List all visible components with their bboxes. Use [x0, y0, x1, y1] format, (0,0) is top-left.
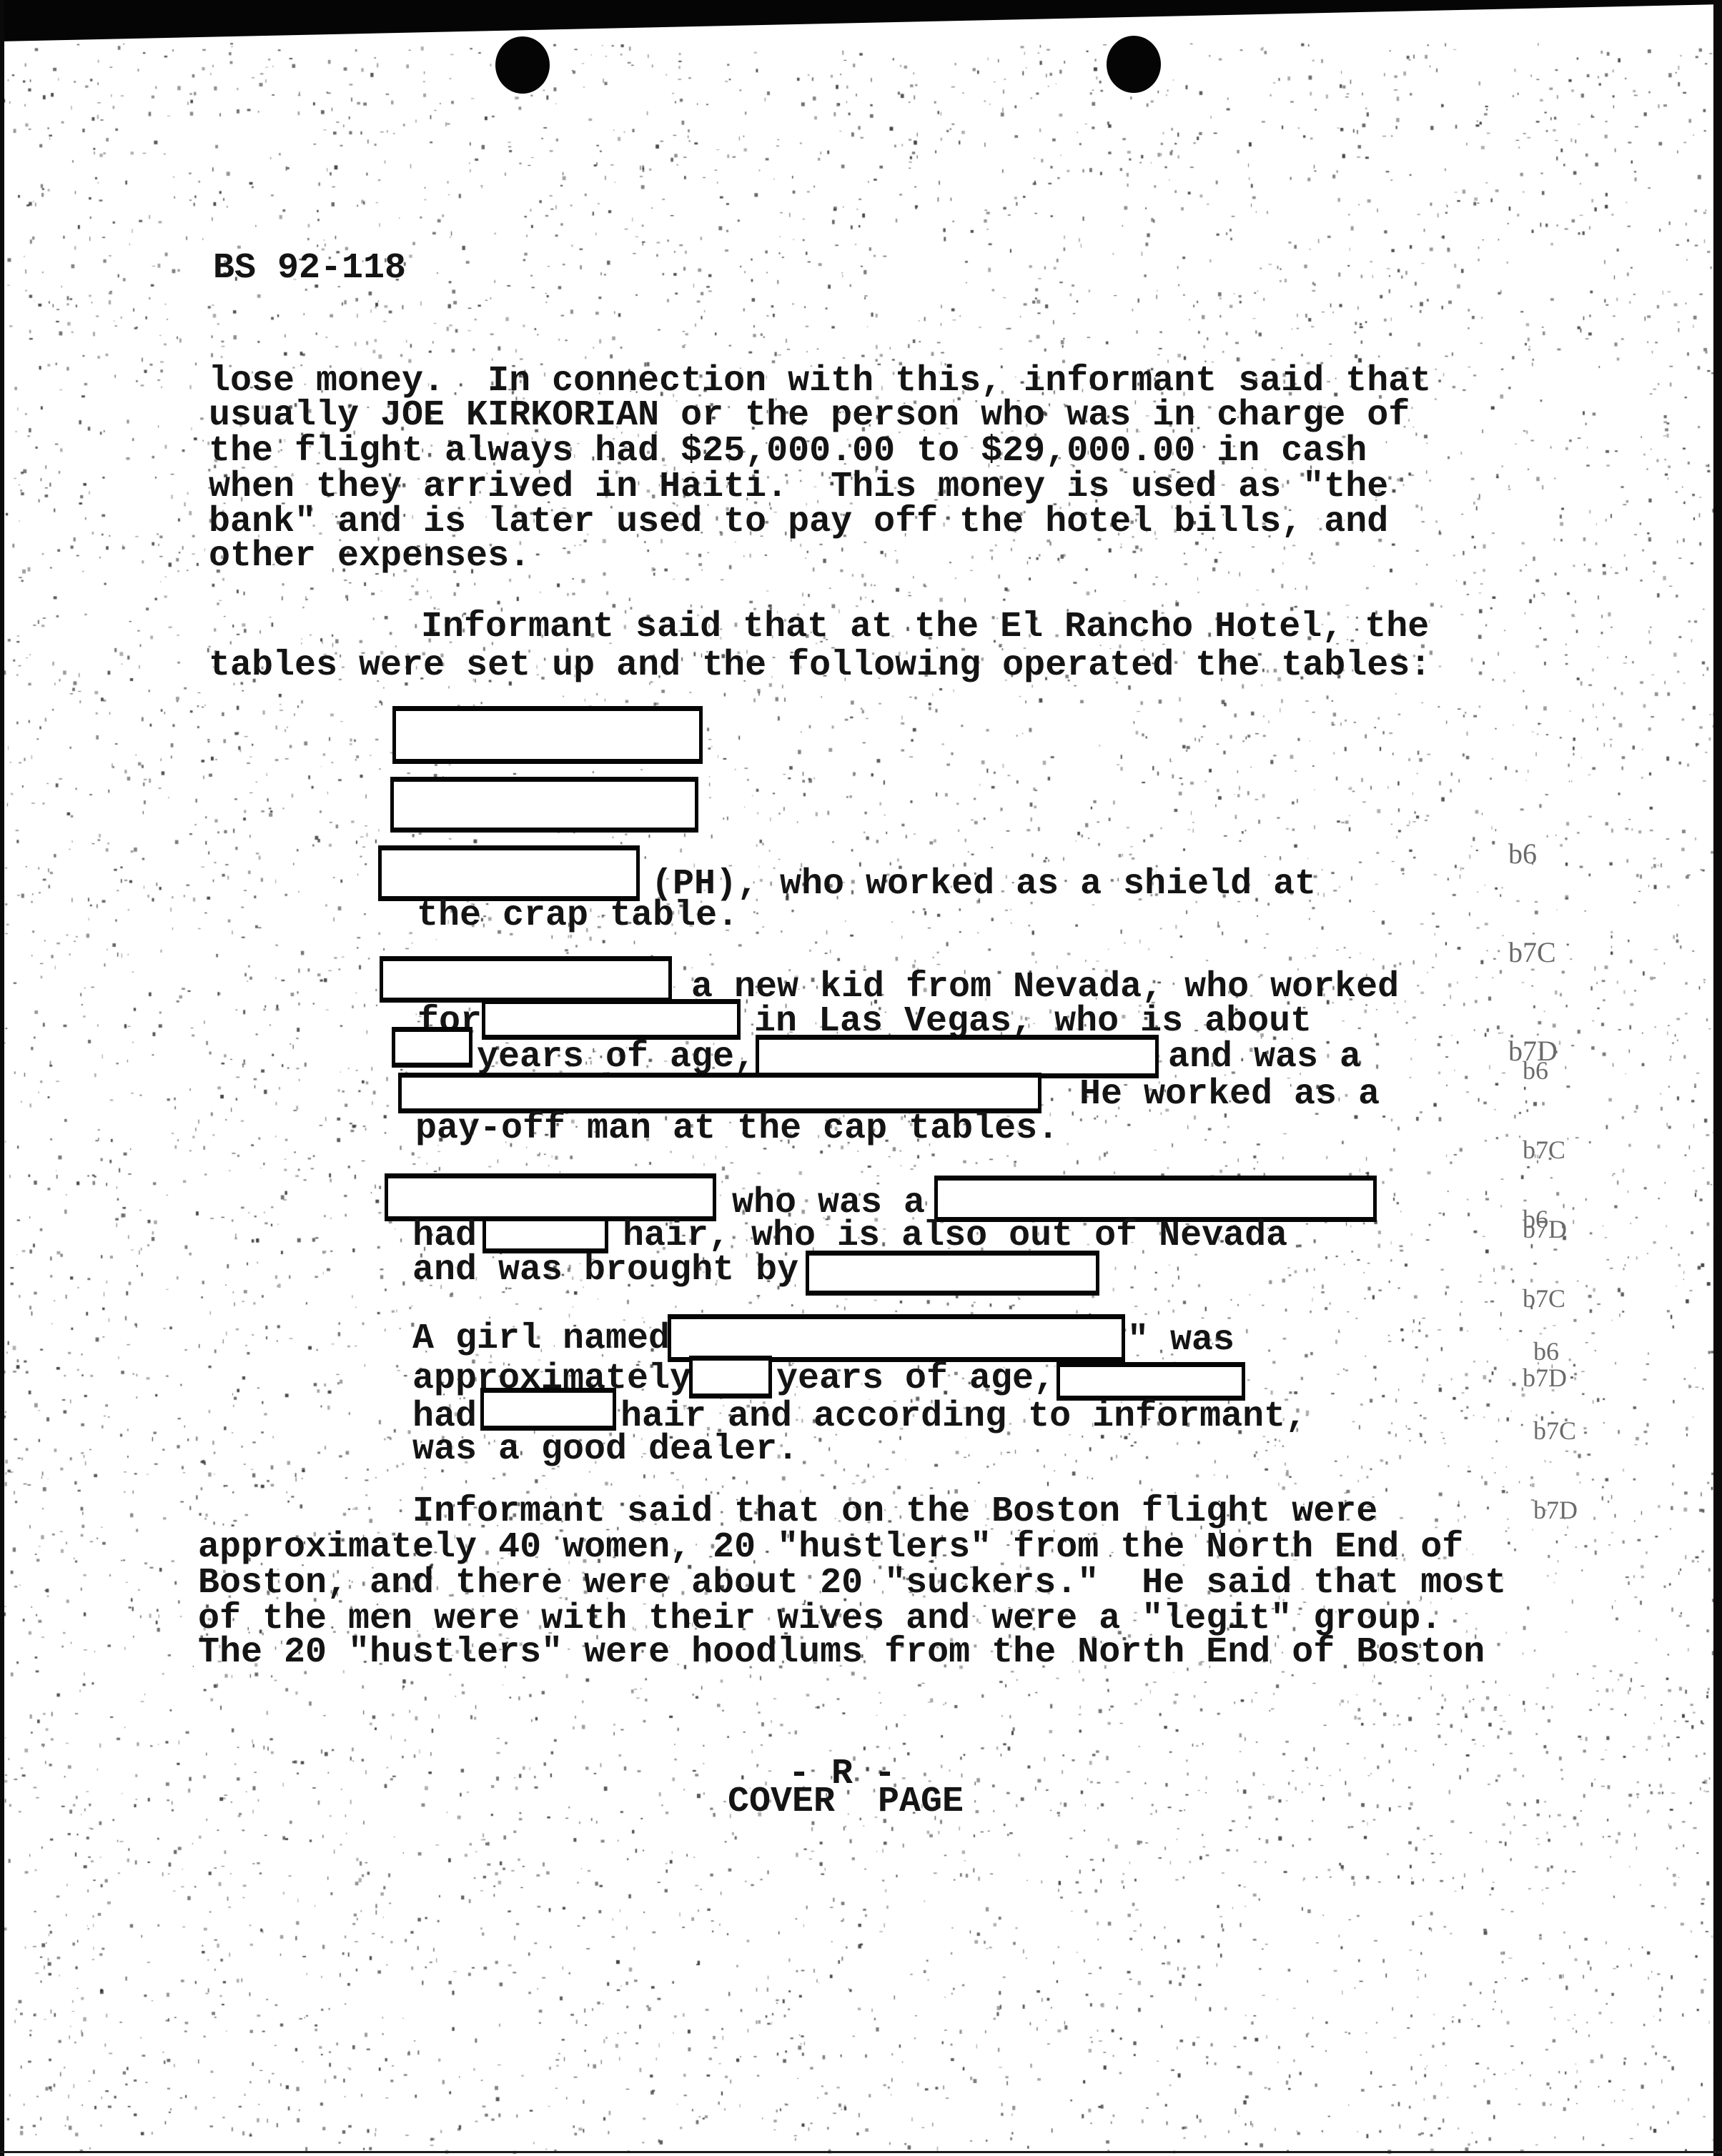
redaction-box — [480, 1388, 616, 1431]
scan-top-edge — [0, 0, 1722, 43]
redaction-box — [668, 1314, 1125, 1362]
exemption-code: b6 — [1523, 1206, 1567, 1233]
exemption-codes: b6 b7C b7D — [1533, 1286, 1578, 1576]
text-line: tables were set up and the following ope… — [209, 648, 1431, 684]
text-line: Informant said that on the Boston flight… — [412, 1494, 1377, 1530]
text-line: (PH), who worked as a shield at — [651, 867, 1316, 903]
text-line: A girl named — [412, 1321, 670, 1357]
text-line: and was brought by — [412, 1253, 798, 1288]
exemption-code: b6 — [1523, 1058, 1567, 1084]
text-line: was a good dealer. — [412, 1432, 798, 1468]
text-line: other expenses. — [209, 539, 530, 575]
exemption-code: b7C — [1508, 936, 1558, 969]
redaction-box — [390, 777, 698, 833]
scan-bottom-edge — [0, 2151, 1722, 2153]
scan-left-edge — [0, 0, 4, 2156]
redaction-box — [1057, 1362, 1245, 1401]
text-line: bank" and is later used to pay off the h… — [209, 505, 1388, 540]
redaction-box — [378, 845, 640, 901]
text-line: hair, who is also out of Nevada — [623, 1218, 1287, 1254]
redaction-box — [806, 1251, 1099, 1296]
redaction-box — [392, 1027, 472, 1068]
redaction-box — [392, 706, 703, 764]
redaction-box — [756, 1035, 1159, 1078]
scan-right-edge — [1713, 0, 1722, 2156]
text-line: He worked as a — [1079, 1077, 1380, 1113]
exemption-code: b7C — [1533, 1418, 1578, 1444]
text-line: lose money. In connection with this, inf… — [209, 364, 1431, 399]
file-number: BS 92-118 — [213, 251, 406, 287]
text-line: Boston, and there were about 20 "suckers… — [198, 1566, 1506, 1601]
punch-hole-icon — [495, 36, 550, 94]
redaction-box — [385, 1173, 716, 1221]
text-line: the crap table. — [417, 898, 738, 934]
text-line: had — [412, 1218, 477, 1254]
text-line: Informant said that at the El Rancho Hot… — [421, 610, 1429, 645]
cover-page-label: COVER PAGE — [728, 1784, 964, 1820]
exemption-code: b7D — [1533, 1497, 1578, 1524]
text-line: usually JOE KIRKORIAN or the person who … — [209, 398, 1410, 434]
text-line: years of age, — [477, 1040, 756, 1075]
text-line: when they arrived in Haiti. This money i… — [209, 470, 1388, 505]
text-line: the flight always had $25,000.00 to $29,… — [209, 434, 1367, 470]
text-line: pay-off man at the cap tables. — [415, 1111, 1059, 1147]
punch-hole-icon — [1107, 36, 1161, 93]
text-line: approximately 40 women, 20 "hustlers" fr… — [198, 1530, 1463, 1566]
redaction-box — [483, 1216, 608, 1253]
document-page: BS 92-118 lose money. In connection with… — [0, 0, 1722, 2156]
text-line: " was — [1127, 1323, 1234, 1358]
redaction-box — [380, 956, 672, 1003]
redaction-box — [398, 1073, 1041, 1113]
text-line: a new kid from Nevada, who worked — [691, 970, 1399, 1005]
redaction-box — [689, 1356, 772, 1399]
text-line: The 20 "hustlers" were hoodlums from the… — [198, 1635, 1485, 1671]
exemption-code: b6 — [1533, 1338, 1578, 1365]
exemption-code: b6 — [1508, 838, 1558, 870]
redaction-box — [482, 999, 741, 1040]
text-line: years of age, — [776, 1361, 1055, 1397]
text-line: and was a — [1168, 1040, 1361, 1075]
